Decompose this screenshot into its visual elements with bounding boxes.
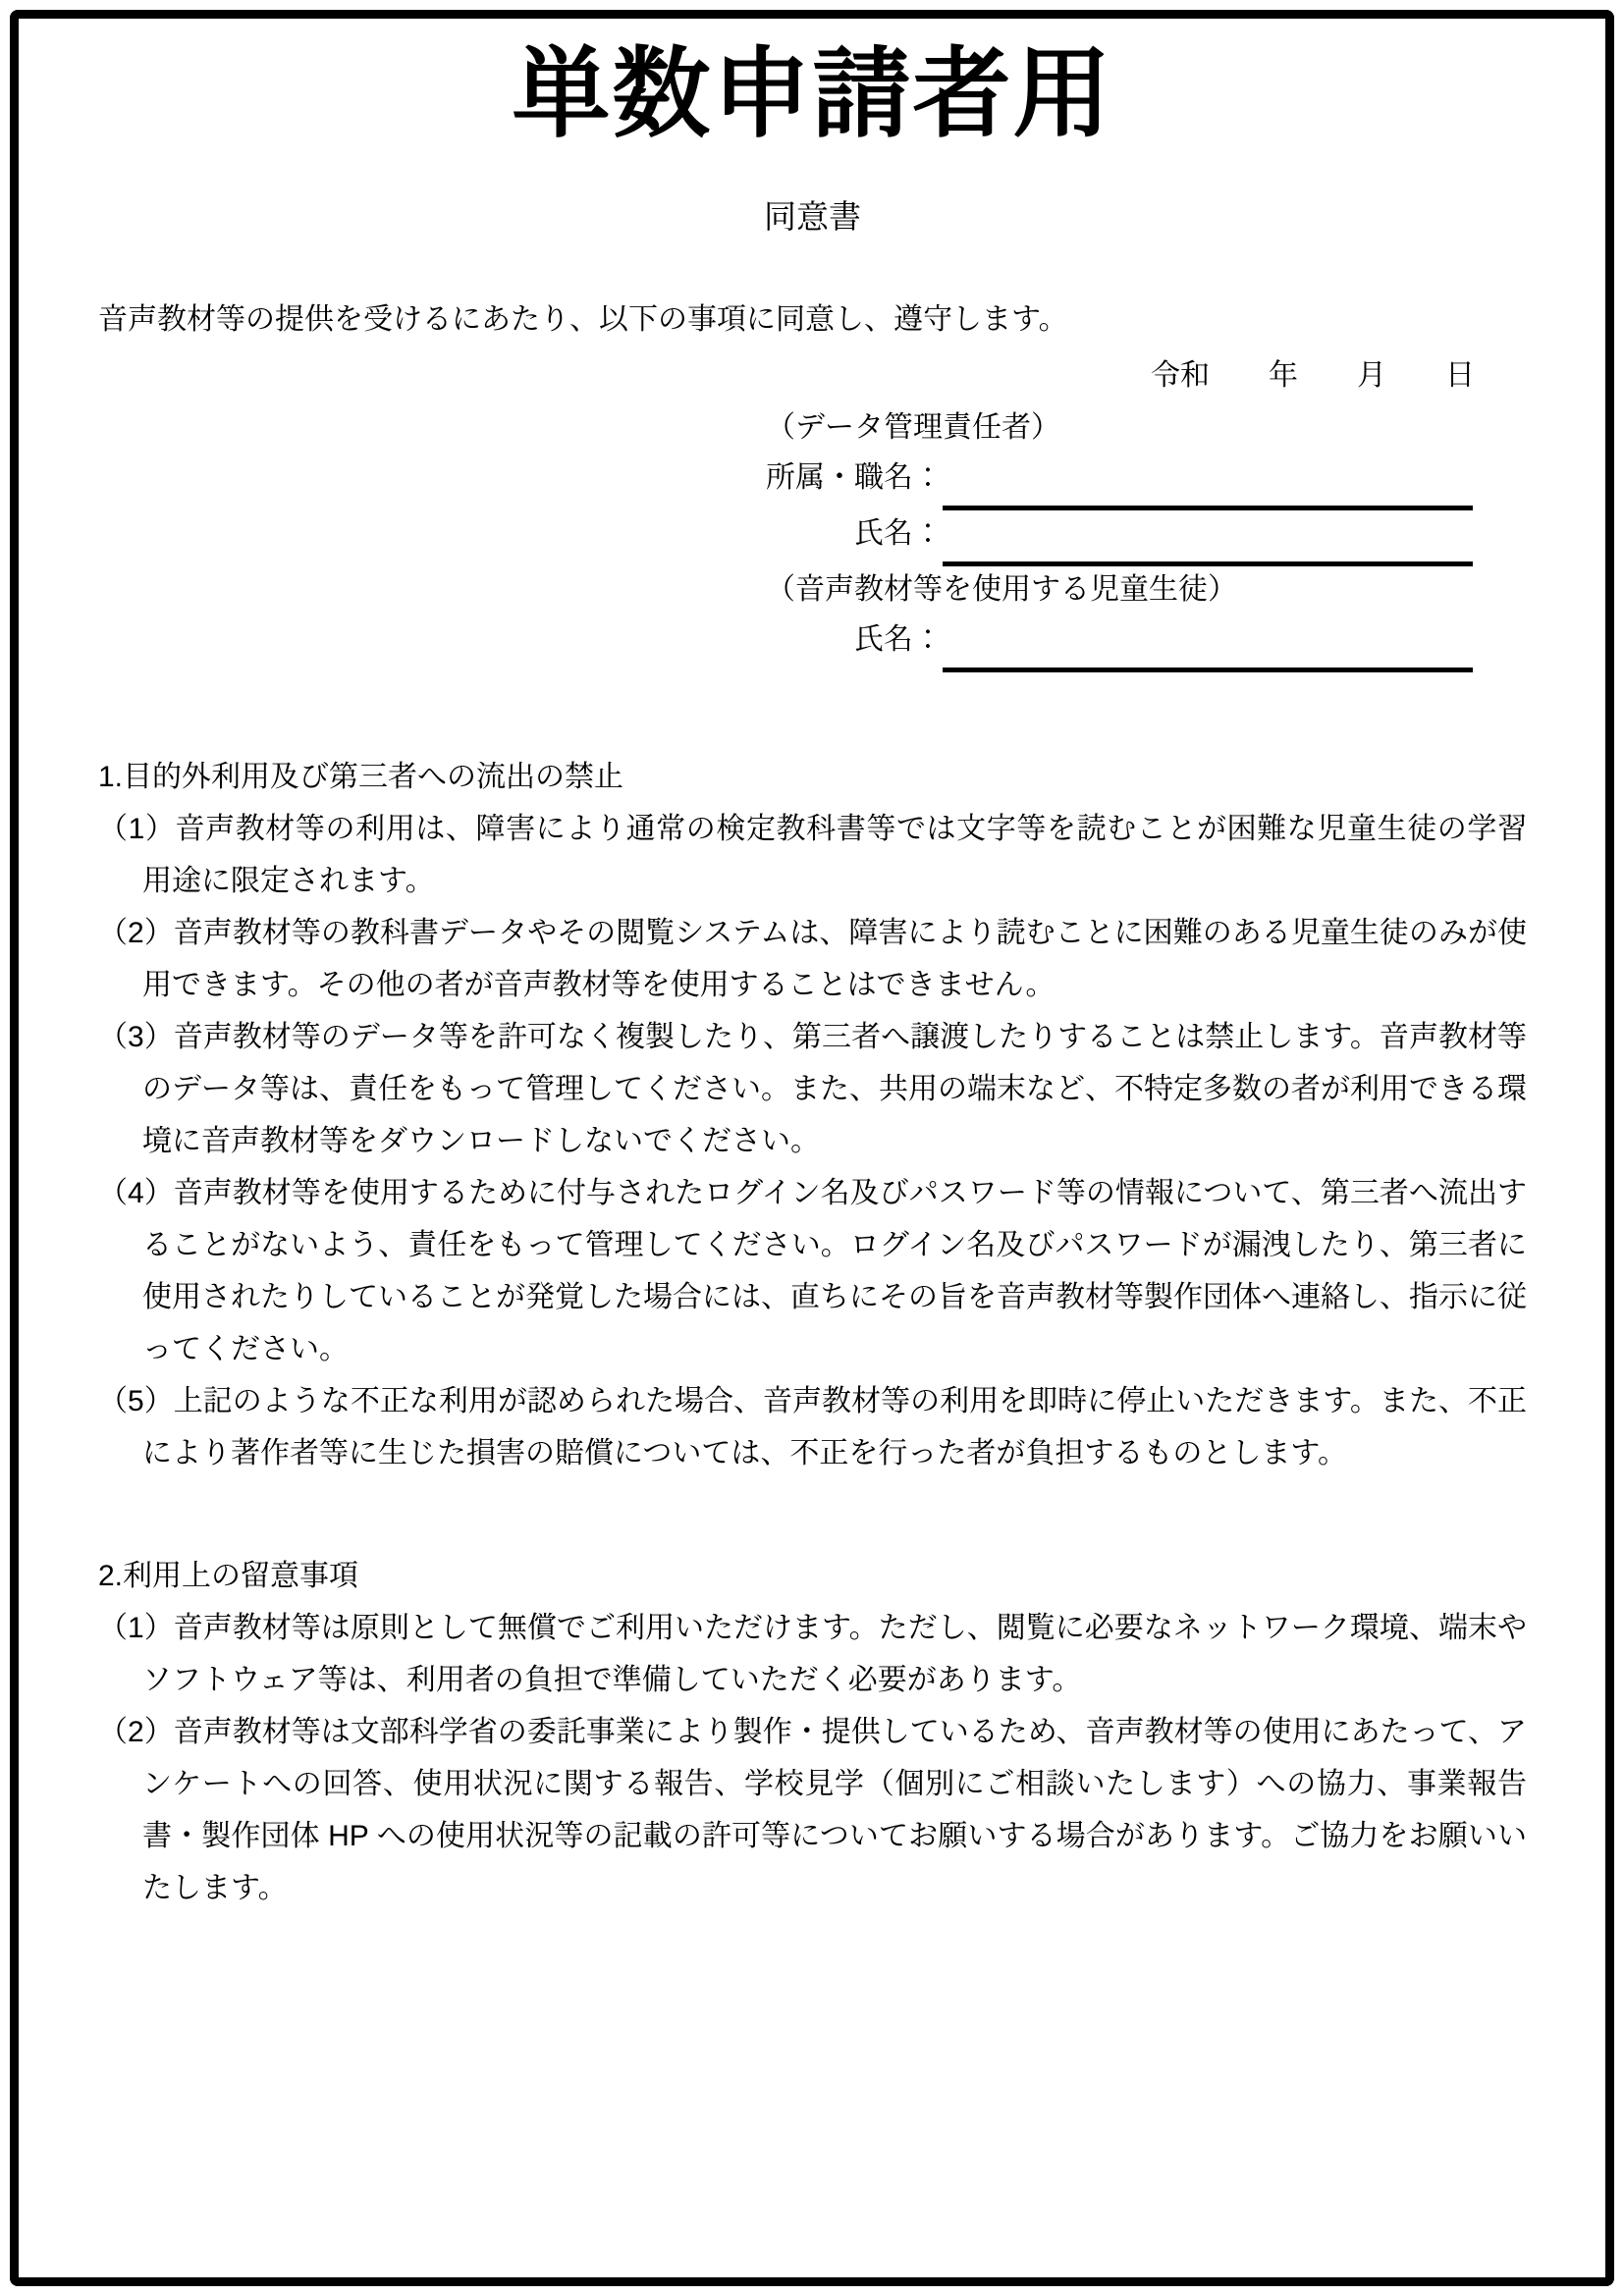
document-subtitle: 同意書 — [98, 197, 1527, 237]
student-name-row: 氏名： — [766, 620, 1527, 667]
signature-block: （データ管理責任者） 所属・職名： 氏名： （音声教材等を使用する児童生徒） 氏… — [766, 408, 1527, 667]
item-marker: （2） — [98, 917, 174, 949]
list-item: （1）音声教材等の利用は、障害により通常の検定教科書等では文字等を読むことが困難… — [98, 803, 1527, 907]
manager-name-label: 氏名： — [766, 514, 943, 561]
affiliation-title-input-line[interactable] — [943, 460, 1473, 510]
document-page: 単数申請者用 同意書 音声教材等の提供を受けるにあたり、以下の事項に同意し、遵守… — [0, 0, 1624, 2296]
list-item: （3）音声教材等のデータ等を許可なく複製したり、第三者へ譲渡したりすることは禁止… — [98, 1011, 1527, 1167]
section-heading: 2.利用上の留意事項 — [98, 1550, 1527, 1602]
page-border-frame: 単数申請者用 同意書 音声教材等の提供を受けるにあたり、以下の事項に同意し、遵守… — [10, 10, 1614, 2286]
section-prohibited-use: 1.目的外利用及び第三者への流出の禁止 （1）音声教材等の利用は、障害により通常… — [98, 751, 1527, 1479]
list-item: （2）音声教材等の教科書データやその閲覧システムは、障害により読むことに困難のあ… — [98, 907, 1527, 1011]
item-marker: （4） — [98, 1177, 174, 1209]
intro-paragraph: 音声教材等の提供を受けるにあたり、以下の事項に同意し、遵守します。 — [98, 301, 1527, 339]
item-text: 音声教材等は原則として無償でご利用いただけます。ただし、閲覧に必要なネットワーク… — [142, 1612, 1527, 1696]
item-text: 音声教材等は文部科学省の委託事業により製作・提供しているため、音声教材等の使用に… — [142, 1716, 1527, 1904]
item-text: 音声教材等の利用は、障害により通常の検定教科書等では文字等を読むことが困難な児童… — [142, 813, 1527, 897]
item-marker: （1） — [98, 1612, 174, 1644]
list-item: （4）音声教材等を使用するために付与されたログイン名及びパスワード等の情報につい… — [98, 1167, 1527, 1375]
item-marker: （5） — [98, 1385, 174, 1417]
item-text: 音声教材等を使用するために付与されたログイン名及びパスワード等の情報について、第… — [142, 1177, 1527, 1365]
section-heading: 1.目的外利用及び第三者への流出の禁止 — [98, 751, 1527, 803]
item-marker: （2） — [98, 1716, 174, 1748]
item-text: 音声教材等のデータ等を許可なく複製したり、第三者へ譲渡したりすることは禁止します… — [142, 1021, 1527, 1157]
item-marker: （1） — [98, 813, 176, 845]
student-name-label: 氏名： — [766, 620, 943, 667]
student-name-input-line[interactable] — [943, 622, 1473, 672]
item-text: 音声教材等の教科書データやその閲覧システムは、障害により読むことに困難のある児童… — [142, 917, 1527, 1001]
list-item: （5）上記のような不正な利用が認められた場合、音声教材等の利用を即時に停止いただ… — [98, 1375, 1527, 1479]
list-item: （1）音声教材等は原則として無償でご利用いただけます。ただし、閲覧に必要なネット… — [98, 1602, 1527, 1706]
item-text: 上記のような不正な利用が認められた場合、音声教材等の利用を即時に停止いただきます… — [142, 1385, 1527, 1469]
list-item: （2）音声教材等は文部科学省の委託事業により製作・提供しているため、音声教材等の… — [98, 1706, 1527, 1914]
student-section-heading: （音声教材等を使用する児童生徒） — [766, 570, 1527, 609]
manager-name-row: 氏名： — [766, 514, 1527, 561]
date-line: 令和 年 月 日 — [98, 357, 1475, 395]
manager-name-input-line[interactable] — [943, 516, 1473, 566]
manager-section-heading: （データ管理責任者） — [766, 408, 1527, 447]
affiliation-title-label: 所属・職名： — [766, 458, 943, 505]
document-title: 単数申請者用 — [98, 40, 1527, 148]
section-usage-notes: 2.利用上の留意事項 （1）音声教材等は原則として無償でご利用いただけます。ただ… — [98, 1550, 1527, 1914]
affiliation-title-row: 所属・職名： — [766, 458, 1527, 505]
item-marker: （3） — [98, 1021, 174, 1053]
